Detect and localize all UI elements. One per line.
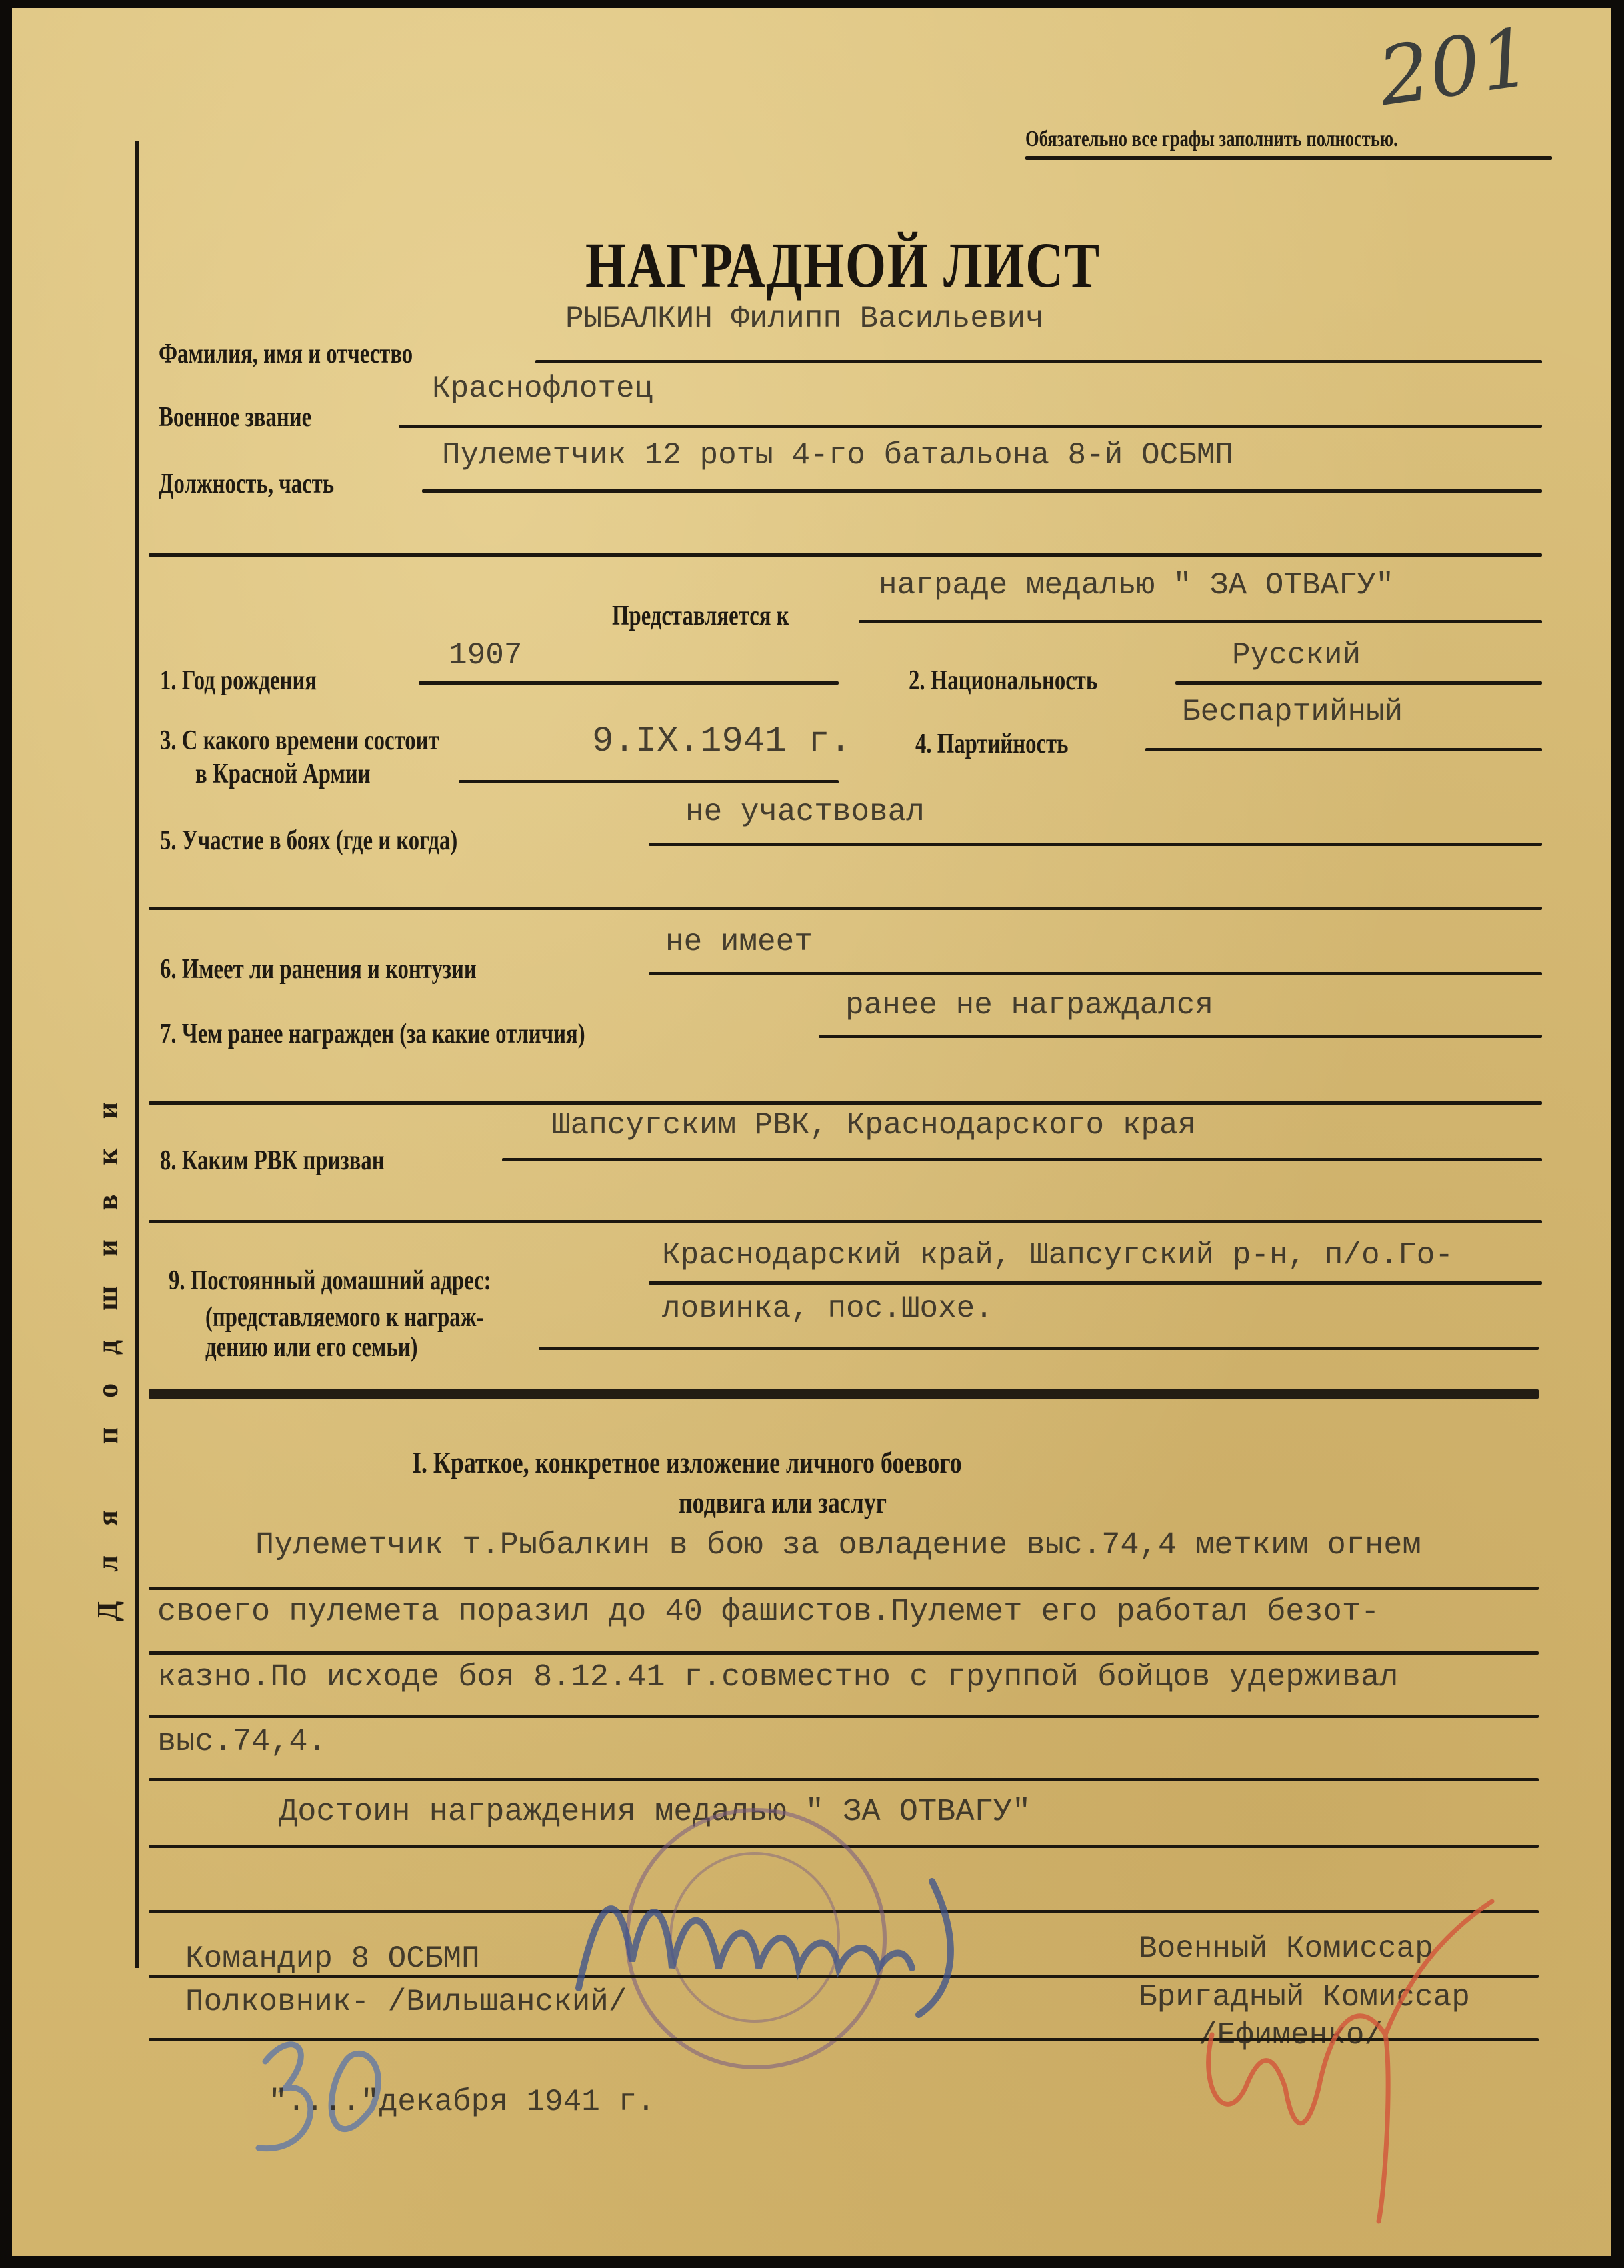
- merit-line-2: [149, 1651, 1539, 1655]
- notice-underline: [1025, 156, 1552, 160]
- section-title-line-2: подвига или заслуг: [679, 1485, 887, 1520]
- previous-awards-line-2: [149, 1101, 1542, 1105]
- rvk-line-2: [149, 1220, 1542, 1223]
- fill-all-notice: Обязательно все графы заполнить полность…: [1025, 127, 1398, 152]
- service-since-label-2: в Красной Армии: [195, 758, 371, 790]
- commissar-signature: [1185, 1888, 1559, 2235]
- rvk-label: 8. Каким РВК призван: [160, 1145, 385, 1177]
- rvk-line: [502, 1158, 1542, 1161]
- position-label: Должность, часть: [159, 468, 334, 500]
- position-value: Пулеметчик 12 роты 4-го батальона 8-й ОС…: [442, 438, 1233, 473]
- binding-margin-line: [135, 141, 139, 1968]
- conclusion-text: Достоин награждения медалью " ЗА ОТВАГУ": [279, 1795, 1031, 1830]
- side-binding-label: Для подшивки: [91, 1073, 125, 1621]
- wounds-line: [649, 972, 1542, 975]
- merit-text-line-2: своего пулемета поразил до 40 фашистов.П…: [157, 1595, 1379, 1630]
- award-sheet-page: Для подшивки 201 Обязательно все графы з…: [12, 8, 1611, 2256]
- service-since-line: [459, 780, 839, 783]
- nominated-for-value: награде медалью " ЗА ОТВАГУ": [879, 568, 1394, 603]
- birth-year-line: [419, 681, 839, 685]
- merit-text-line-1: Пулеметчик т.Рыбалкин в бою за овладение…: [255, 1528, 1421, 1563]
- previous-awards-value: ранее не награждался: [845, 988, 1213, 1023]
- previous-awards-line: [819, 1035, 1542, 1038]
- birth-year-value: 1907: [449, 638, 522, 673]
- handwritten-page-number: 201: [1373, 11, 1537, 125]
- rank-value: Краснофлотец: [432, 371, 653, 406]
- rank-line: [399, 425, 1542, 428]
- nominated-for-line: [859, 620, 1542, 623]
- merit-line-3: [149, 1715, 1539, 1718]
- section-title-line-1: I. Краткое, конкретное изложение личного…: [412, 1445, 962, 1480]
- wounds-label: 6. Имеет ли ранения и контузии: [160, 953, 477, 985]
- party-value: Беспартийный: [1182, 695, 1403, 729]
- address-line-1: [649, 1281, 1542, 1285]
- address-line-2: [539, 1347, 1539, 1350]
- section-separator: [149, 1389, 1539, 1399]
- service-since-value: 9.IX.1941 г.: [592, 721, 851, 762]
- service-since-label: 3. С какого времени состоит: [160, 725, 439, 757]
- full-name-label: Фамилия, имя и отчество: [159, 338, 413, 370]
- wounds-value: не имеет: [665, 925, 813, 959]
- previous-awards-label: 7. Чем ранее награжден (за какие отличия…: [160, 1018, 585, 1050]
- address-label-2: (представляемого к награж-: [205, 1301, 483, 1333]
- address-label: 9. Постоянный домашний адрес:: [169, 1265, 491, 1297]
- date-text: "...."декабря 1941 г.: [269, 2085, 655, 2119]
- battles-label: 5. Участие в боях (где и когда): [160, 825, 457, 857]
- address-value-line-2: ловинка, пос.Шохе.: [662, 1291, 993, 1326]
- party-line: [1145, 748, 1542, 751]
- document-title: НАГРАДНОЙ ЛИСТ: [585, 228, 1101, 302]
- full-name-value: РЫБАЛКИН Филипп Васильевич: [565, 301, 1044, 336]
- nominated-for-label: Представляется к: [612, 600, 789, 632]
- commander-title: Командир 8 ОСБМП: [185, 1941, 480, 1976]
- birth-year-label: 1. Год рождения: [160, 665, 317, 697]
- position-line: [422, 489, 1542, 493]
- address-value-line-1: Краснодарский край, Шапсугский р-н, п/о.…: [662, 1238, 1453, 1273]
- battles-line: [649, 843, 1542, 846]
- position-line-2: [149, 553, 1542, 557]
- nationality-label: 2. Национальность: [909, 665, 1097, 697]
- party-label: 4. Партийность: [915, 728, 1068, 760]
- battles-value: не участвовал: [685, 795, 925, 829]
- merit-line-4: [149, 1778, 1539, 1781]
- full-name-line: [535, 360, 1542, 363]
- nationality-value: Русский: [1232, 638, 1361, 673]
- merit-line-1: [149, 1587, 1539, 1590]
- rank-label: Военное звание: [159, 401, 311, 433]
- nationality-line: [1175, 681, 1542, 685]
- battles-line-2: [149, 907, 1542, 910]
- merit-text-line-3: казно.По исходе боя 8.12.41 г.совместно …: [157, 1660, 1399, 1695]
- address-label-3: дению или его семьи): [205, 1331, 417, 1363]
- rvk-value: Шапсугским РВК, Краснодарского края: [552, 1108, 1196, 1143]
- merit-text-line-4: выс.74,4.: [157, 1725, 327, 1760]
- commander-signature: [559, 1855, 1159, 2028]
